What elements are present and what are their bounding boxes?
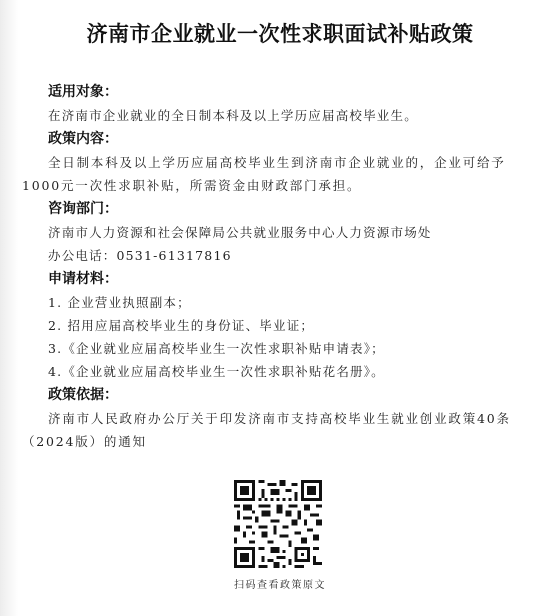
consult-department: 济南市人力资源和社会保障局公共就业服务中心人力资源市场处 bbox=[48, 221, 542, 244]
material-item: 2. 招用应届高校毕业生的身份证、毕业证； bbox=[48, 314, 542, 337]
page-edge-shadow bbox=[0, 0, 18, 616]
policy-basis-text: 济南市人民政府办公厅关于印发济南市支持高校毕业生就业创业政策40条（2024版）… bbox=[22, 407, 542, 453]
applicable-text: 在济南市企业就业的全日制本科及以上学历应届高校毕业生。 bbox=[48, 104, 542, 127]
material-item: 1. 企业营业执照副本； bbox=[48, 291, 542, 314]
section-heading-basis: 政策依据： bbox=[48, 383, 542, 407]
consult-phone: 办公电话：0531-61317816 bbox=[48, 244, 542, 267]
document-title: 济南市企业就业一次性求职面试补贴政策 bbox=[0, 18, 560, 48]
section-heading-materials: 申请材料： bbox=[48, 267, 542, 291]
qr-caption: 扫码查看政策原文 bbox=[0, 576, 560, 591]
document-body: 适用对象： 在济南市企业就业的全日制本科及以上学历应届高校毕业生。 政策内容： … bbox=[22, 80, 542, 453]
section-heading-applicable: 适用对象： bbox=[48, 80, 542, 104]
material-item: 4.《企业就业应届高校毕业生一次性求职补贴花名册》。 bbox=[48, 360, 542, 383]
section-heading-consult: 咨询部门： bbox=[48, 197, 542, 221]
material-item: 3.《企业就业应届高校毕业生一次性求职补贴申请表》； bbox=[48, 337, 542, 360]
section-heading-content: 政策内容： bbox=[48, 127, 542, 151]
qr-code-icon[interactable] bbox=[234, 480, 322, 568]
policy-content-text: 全日制本科及以上学历应届高校毕业生到济南市企业就业的，企业可给予1000元一次性… bbox=[22, 151, 542, 197]
